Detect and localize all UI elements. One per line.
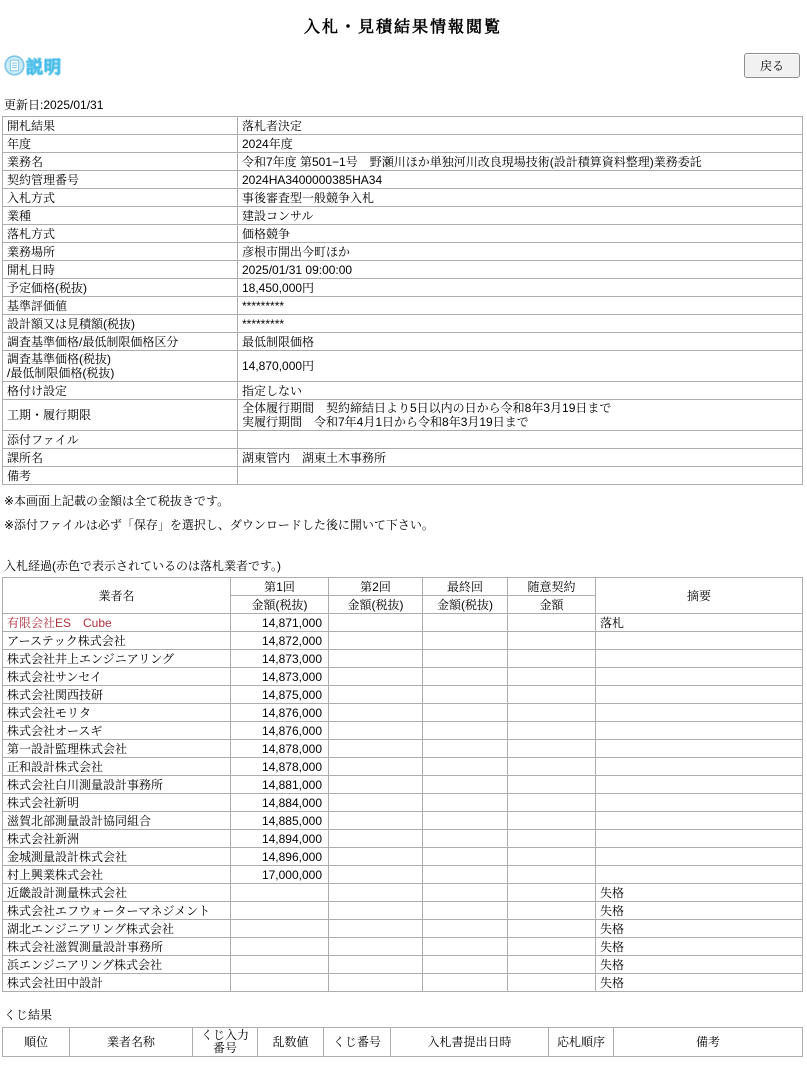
round2-amount bbox=[329, 740, 423, 758]
detail-value: 事後審査型一般競争入札 bbox=[238, 189, 803, 207]
detail-row: 落札方式価格競争 bbox=[3, 225, 803, 243]
bid-row: 株式会社サンセイ14,873,000 bbox=[3, 668, 803, 686]
bidder-name: 株式会社白川測量設計事務所 bbox=[3, 776, 231, 794]
detail-label: 基準評価値 bbox=[3, 297, 238, 315]
discretionary-amount bbox=[508, 776, 596, 794]
bid-row: 株式会社滋賀測量設計事務所失格 bbox=[3, 938, 803, 956]
bid-summary: 失格 bbox=[596, 956, 803, 974]
round1-amount: 14,896,000 bbox=[231, 848, 329, 866]
round2-amount bbox=[329, 884, 423, 902]
detail-row: 契約管理番号2024HA3400000385HA34 bbox=[3, 171, 803, 189]
final-amount bbox=[423, 920, 508, 938]
details-table: 開札結果落札者決定年度2024年度業務名令和7年度 第501−1号 野瀬川ほか単… bbox=[2, 116, 803, 485]
round1-amount: 14,873,000 bbox=[231, 650, 329, 668]
detail-value: ********* bbox=[238, 315, 803, 333]
bid-row: 正和設計株式会社14,878,000 bbox=[3, 758, 803, 776]
detail-row: 設計額又は見積額(税抜)********* bbox=[3, 315, 803, 333]
detail-row: 予定価格(税抜)18,450,000円 bbox=[3, 279, 803, 297]
round1-amount bbox=[231, 920, 329, 938]
bidder-name: 株式会社オースギ bbox=[3, 722, 231, 740]
round2-amount bbox=[329, 758, 423, 776]
round2-amount bbox=[329, 686, 423, 704]
bidder-name: 株式会社エフウォーターマネジメント bbox=[3, 902, 231, 920]
bid-summary bbox=[596, 740, 803, 758]
detail-label: 開札結果 bbox=[3, 117, 238, 135]
bidder-name: アーステック株式会社 bbox=[3, 632, 231, 650]
round2-amount bbox=[329, 920, 423, 938]
final-amount bbox=[423, 632, 508, 650]
final-amount bbox=[423, 938, 508, 956]
bid-row: 株式会社田中設計失格 bbox=[3, 974, 803, 992]
detail-value: 18,450,000円 bbox=[238, 279, 803, 297]
detail-label: 備考 bbox=[3, 467, 238, 485]
toolbar: 説明 戻る bbox=[4, 53, 800, 78]
detail-row: 工期・履行期限全体履行期間 契約締結日より5日以内の日から令和8年3月19日まで… bbox=[3, 400, 803, 431]
bidder-name: 株式会社滋賀測量設計事務所 bbox=[3, 938, 231, 956]
round2-amount bbox=[329, 866, 423, 884]
round1-amount bbox=[231, 938, 329, 956]
round2-amount bbox=[329, 956, 423, 974]
round1-amount: 14,871,000 bbox=[231, 614, 329, 632]
round2-amount bbox=[329, 650, 423, 668]
bid-row: 湖北エンジニアリング株式会社失格 bbox=[3, 920, 803, 938]
bidder-name: 株式会社新洲 bbox=[3, 830, 231, 848]
bid-col-round1: 第1回 bbox=[231, 578, 329, 596]
final-amount bbox=[423, 866, 508, 884]
round2-amount bbox=[329, 704, 423, 722]
final-amount bbox=[423, 614, 508, 632]
detail-value: 令和7年度 第501−1号 野瀬川ほか単独河川改良現場技術(設計積算資料整理)業… bbox=[238, 153, 803, 171]
bid-col-round2: 第2回 bbox=[329, 578, 423, 596]
round2-amount bbox=[329, 938, 423, 956]
discretionary-amount bbox=[508, 884, 596, 902]
discretionary-amount bbox=[508, 686, 596, 704]
detail-row: 基準評価値********* bbox=[3, 297, 803, 315]
bid-table-header: 業者名 第1回 第2回 最終回 随意契約 摘要 金額(税抜) 金額(税抜) 金額… bbox=[3, 578, 803, 614]
page: 入札・見積結果情報閲覧 説明 戻る 更新日:2025/01/31 開札結果落札者… bbox=[0, 0, 807, 1065]
final-amount bbox=[423, 794, 508, 812]
discretionary-amount bbox=[508, 740, 596, 758]
round1-amount: 14,872,000 bbox=[231, 632, 329, 650]
discretionary-amount bbox=[508, 956, 596, 974]
note-tax: ※本画面上記載の金額は全て税抜きです。 bbox=[4, 492, 804, 509]
round2-amount bbox=[329, 974, 423, 992]
round2-amount bbox=[329, 848, 423, 866]
lottery-col-7: 備考 bbox=[614, 1028, 803, 1057]
detail-value: 指定しない bbox=[238, 382, 803, 400]
detail-row: 年度2024年度 bbox=[3, 135, 803, 153]
final-amount bbox=[423, 902, 508, 920]
bid-summary: 失格 bbox=[596, 938, 803, 956]
discretionary-amount bbox=[508, 650, 596, 668]
bidder-name: 株式会社井上エンジニアリング bbox=[3, 650, 231, 668]
bid-row: 第一設計監理株式会社14,878,000 bbox=[3, 740, 803, 758]
discretionary-amount bbox=[508, 866, 596, 884]
detail-value bbox=[238, 431, 803, 449]
bidder-name: 湖北エンジニアリング株式会社 bbox=[3, 920, 231, 938]
bid-row: 有限会社ES Cube14,871,000落札 bbox=[3, 614, 803, 632]
bid-col-discretionary: 随意契約 bbox=[508, 578, 596, 596]
final-amount bbox=[423, 776, 508, 794]
detail-row: 入札方式事後審査型一般競争入札 bbox=[3, 189, 803, 207]
detail-row: 業務名令和7年度 第501−1号 野瀬川ほか単独河川改良現場技術(設計積算資料整… bbox=[3, 153, 803, 171]
detail-label: 落札方式 bbox=[3, 225, 238, 243]
detail-value: 建設コンサル bbox=[238, 207, 803, 225]
detail-row: 業種建設コンサル bbox=[3, 207, 803, 225]
bidder-name: 株式会社サンセイ bbox=[3, 668, 231, 686]
updated-date: 更新日:2025/01/31 bbox=[4, 96, 804, 113]
detail-row: 開札日時2025/01/31 09:00:00 bbox=[3, 261, 803, 279]
details-table-body: 開札結果落札者決定年度2024年度業務名令和7年度 第501−1号 野瀬川ほか単… bbox=[3, 117, 803, 485]
bidder-name: 株式会社田中設計 bbox=[3, 974, 231, 992]
round1-amount: 14,876,000 bbox=[231, 704, 329, 722]
final-amount bbox=[423, 848, 508, 866]
final-amount bbox=[423, 830, 508, 848]
round2-amount bbox=[329, 776, 423, 794]
explain-button-label: 説明 bbox=[26, 53, 62, 78]
detail-value: 2024年度 bbox=[238, 135, 803, 153]
bidder-name: 株式会社関西技研 bbox=[3, 686, 231, 704]
detail-row: 添付ファイル bbox=[3, 431, 803, 449]
detail-row: 業務場所彦根市開出今町ほか bbox=[3, 243, 803, 261]
round1-amount bbox=[231, 956, 329, 974]
detail-label: 添付ファイル bbox=[3, 431, 238, 449]
bid-summary bbox=[596, 758, 803, 776]
round2-amount bbox=[329, 632, 423, 650]
page-title: 入札・見積結果情報閲覧 bbox=[2, 14, 804, 37]
bidder-name: 株式会社新明 bbox=[3, 794, 231, 812]
bid-row: 近畿設計測量株式会社失格 bbox=[3, 884, 803, 902]
discretionary-amount bbox=[508, 848, 596, 866]
bid-summary: 失格 bbox=[596, 974, 803, 992]
note-attachment: ※添付ファイルは必ず「保存」を選択し、ダウンロードした後に開いて下さい。 bbox=[4, 516, 804, 533]
detail-value: 2025/01/31 09:00:00 bbox=[238, 261, 803, 279]
round2-amount bbox=[329, 812, 423, 830]
detail-row: 調査基準価格/最低制限価格区分最低制限価格 bbox=[3, 333, 803, 351]
bidder-name: 滋賀北部測量設計協同組合 bbox=[3, 812, 231, 830]
bid-summary: 失格 bbox=[596, 902, 803, 920]
bidder-name: 村上興業株式会社 bbox=[3, 866, 231, 884]
lottery-col-1: 業者名称 bbox=[70, 1028, 193, 1057]
final-amount bbox=[423, 650, 508, 668]
bid-summary: 失格 bbox=[596, 884, 803, 902]
detail-label: 業務場所 bbox=[3, 243, 238, 261]
lottery-col-6: 応札順序 bbox=[549, 1028, 614, 1057]
detail-value: ********* bbox=[238, 297, 803, 315]
bid-summary bbox=[596, 668, 803, 686]
bid-table: 業者名 第1回 第2回 最終回 随意契約 摘要 金額(税抜) 金額(税抜) 金額… bbox=[2, 577, 803, 992]
detail-label: 年度 bbox=[3, 135, 238, 153]
detail-value: 2024HA3400000385HA34 bbox=[238, 171, 803, 189]
bid-summary bbox=[596, 866, 803, 884]
discretionary-amount bbox=[508, 722, 596, 740]
final-amount bbox=[423, 704, 508, 722]
round1-amount bbox=[231, 884, 329, 902]
round2-amount bbox=[329, 668, 423, 686]
detail-row: 調査基準価格(税抜) /最低制限価格(税抜)14,870,000円 bbox=[3, 351, 803, 382]
round1-amount: 14,885,000 bbox=[231, 812, 329, 830]
discretionary-amount bbox=[508, 920, 596, 938]
round1-amount: 14,884,000 bbox=[231, 794, 329, 812]
bid-col-round2-amount: 金額(税抜) bbox=[329, 596, 423, 614]
document-circle-icon bbox=[4, 55, 25, 76]
bidder-name: 株式会社モリタ bbox=[3, 704, 231, 722]
detail-label: 工期・履行期限 bbox=[3, 400, 238, 431]
detail-label: 業務名 bbox=[3, 153, 238, 171]
lottery-col-4: くじ番号 bbox=[324, 1028, 391, 1057]
bid-row: 株式会社関西技研14,875,000 bbox=[3, 686, 803, 704]
bid-summary bbox=[596, 812, 803, 830]
bid-col-discretionary-amount: 金額 bbox=[508, 596, 596, 614]
detail-label: 課所名 bbox=[3, 449, 238, 467]
bid-summary: 落札 bbox=[596, 614, 803, 632]
detail-label: 入札方式 bbox=[3, 189, 238, 207]
round1-amount bbox=[231, 974, 329, 992]
detail-row: 備考 bbox=[3, 467, 803, 485]
detail-label: 開札日時 bbox=[3, 261, 238, 279]
bid-row: 株式会社新明14,884,000 bbox=[3, 794, 803, 812]
bid-table-body: 有限会社ES Cube14,871,000落札アーステック株式会社14,872,… bbox=[3, 614, 803, 992]
detail-label: 契約管理番号 bbox=[3, 171, 238, 189]
detail-value: 全体履行期間 契約締結日より5日以内の日から令和8年3月19日まで 実履行期間 … bbox=[238, 400, 803, 431]
bidder-name: 金城測量設計株式会社 bbox=[3, 848, 231, 866]
discretionary-amount bbox=[508, 758, 596, 776]
final-amount bbox=[423, 740, 508, 758]
round1-amount: 14,894,000 bbox=[231, 830, 329, 848]
discretionary-amount bbox=[508, 938, 596, 956]
round2-amount bbox=[329, 902, 423, 920]
bid-col-final: 最終回 bbox=[423, 578, 508, 596]
bidder-name: 正和設計株式会社 bbox=[3, 758, 231, 776]
final-amount bbox=[423, 974, 508, 992]
bid-summary bbox=[596, 650, 803, 668]
round2-amount bbox=[329, 722, 423, 740]
bid-row: 滋賀北部測量設計協同組合14,885,000 bbox=[3, 812, 803, 830]
bid-summary bbox=[596, 632, 803, 650]
bid-col-summary: 摘要 bbox=[596, 578, 803, 614]
bid-row: 株式会社新洲14,894,000 bbox=[3, 830, 803, 848]
discretionary-amount bbox=[508, 632, 596, 650]
lottery-section-caption: くじ結果 bbox=[4, 1006, 804, 1023]
round2-amount bbox=[329, 830, 423, 848]
bidder-name: 有限会社ES Cube bbox=[3, 614, 231, 632]
bid-summary: 失格 bbox=[596, 920, 803, 938]
round1-amount: 14,881,000 bbox=[231, 776, 329, 794]
discretionary-amount bbox=[508, 830, 596, 848]
lottery-col-3: 乱数値 bbox=[258, 1028, 324, 1057]
bid-section-caption: 入札経過(赤色で表示されているのは落札業者です。) bbox=[4, 557, 804, 574]
detail-value bbox=[238, 467, 803, 485]
detail-value: 最低制限価格 bbox=[238, 333, 803, 351]
round1-amount: 14,875,000 bbox=[231, 686, 329, 704]
round1-amount: 14,876,000 bbox=[231, 722, 329, 740]
final-amount bbox=[423, 812, 508, 830]
bid-row: 株式会社エフウォーターマネジメント失格 bbox=[3, 902, 803, 920]
back-button[interactable]: 戻る bbox=[744, 53, 800, 78]
bid-row: 村上興業株式会社17,000,000 bbox=[3, 866, 803, 884]
discretionary-amount bbox=[508, 812, 596, 830]
final-amount bbox=[423, 758, 508, 776]
detail-label: 設計額又は見積額(税抜) bbox=[3, 315, 238, 333]
bidder-name: 近畿設計測量株式会社 bbox=[3, 884, 231, 902]
lottery-table: 順位業者名称くじ入力番号乱数値くじ番号入札書提出日時応札順序備考 bbox=[2, 1027, 803, 1057]
bid-summary bbox=[596, 776, 803, 794]
round2-amount bbox=[329, 794, 423, 812]
detail-label: 調査基準価格(税抜) /最低制限価格(税抜) bbox=[3, 351, 238, 382]
bid-col-round1-amount: 金額(税抜) bbox=[231, 596, 329, 614]
detail-value: 14,870,000円 bbox=[238, 351, 803, 382]
detail-row: 格付け設定指定しない bbox=[3, 382, 803, 400]
bid-summary bbox=[596, 722, 803, 740]
bid-row: 株式会社白川測量設計事務所14,881,000 bbox=[3, 776, 803, 794]
bid-summary bbox=[596, 794, 803, 812]
discretionary-amount bbox=[508, 902, 596, 920]
detail-label: 業種 bbox=[3, 207, 238, 225]
detail-label: 予定価格(税抜) bbox=[3, 279, 238, 297]
round1-amount: 14,878,000 bbox=[231, 740, 329, 758]
lottery-col-0: 順位 bbox=[3, 1028, 70, 1057]
bid-row: 株式会社モリタ14,876,000 bbox=[3, 704, 803, 722]
discretionary-amount bbox=[508, 704, 596, 722]
detail-value: 彦根市開出今町ほか bbox=[238, 243, 803, 261]
bid-row: 株式会社井上エンジニアリング14,873,000 bbox=[3, 650, 803, 668]
detail-value: 湖東管内 湖東土木事務所 bbox=[238, 449, 803, 467]
round2-amount bbox=[329, 614, 423, 632]
lottery-header-row: 順位業者名称くじ入力番号乱数値くじ番号入札書提出日時応札順序備考 bbox=[3, 1028, 803, 1057]
discretionary-amount bbox=[508, 974, 596, 992]
final-amount bbox=[423, 722, 508, 740]
bid-row: 金城測量設計株式会社14,896,000 bbox=[3, 848, 803, 866]
final-amount bbox=[423, 884, 508, 902]
bid-row: 浜エンジニアリング株式会社失格 bbox=[3, 956, 803, 974]
round1-amount bbox=[231, 902, 329, 920]
discretionary-amount bbox=[508, 794, 596, 812]
discretionary-amount bbox=[508, 668, 596, 686]
bid-col-final-amount: 金額(税抜) bbox=[423, 596, 508, 614]
round1-amount: 17,000,000 bbox=[231, 866, 329, 884]
discretionary-amount bbox=[508, 614, 596, 632]
explain-button[interactable]: 説明 bbox=[4, 53, 62, 78]
bidder-name: 浜エンジニアリング株式会社 bbox=[3, 956, 231, 974]
detail-row: 開札結果落札者決定 bbox=[3, 117, 803, 135]
bid-col-bidder: 業者名 bbox=[3, 578, 231, 614]
detail-value: 価格競争 bbox=[238, 225, 803, 243]
bidder-name: 第一設計監理株式会社 bbox=[3, 740, 231, 758]
bid-summary bbox=[596, 830, 803, 848]
round1-amount: 14,873,000 bbox=[231, 668, 329, 686]
detail-label: 調査基準価格/最低制限価格区分 bbox=[3, 333, 238, 351]
round1-amount: 14,878,000 bbox=[231, 758, 329, 776]
detail-label: 格付け設定 bbox=[3, 382, 238, 400]
final-amount bbox=[423, 668, 508, 686]
bid-summary bbox=[596, 704, 803, 722]
final-amount bbox=[423, 686, 508, 704]
final-amount bbox=[423, 956, 508, 974]
bid-summary bbox=[596, 686, 803, 704]
bid-row: 株式会社オースギ14,876,000 bbox=[3, 722, 803, 740]
detail-row: 課所名湖東管内 湖東土木事務所 bbox=[3, 449, 803, 467]
bid-row: アーステック株式会社14,872,000 bbox=[3, 632, 803, 650]
lottery-col-5: 入札書提出日時 bbox=[391, 1028, 549, 1057]
lottery-col-2: くじ入力番号 bbox=[193, 1028, 258, 1057]
bid-summary bbox=[596, 848, 803, 866]
detail-value: 落札者決定 bbox=[238, 117, 803, 135]
